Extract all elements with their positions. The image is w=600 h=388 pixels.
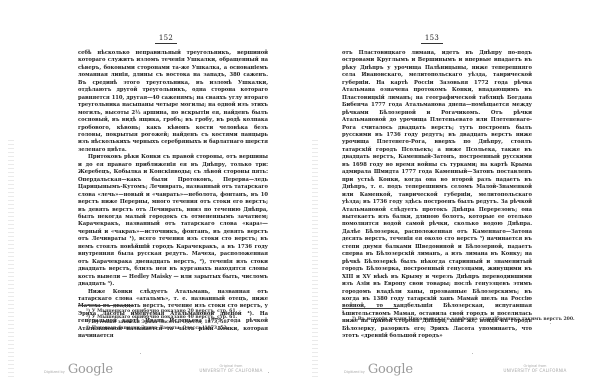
origin-watermark: Original from UNIVERSITY OF CALIFORNIA — [490, 364, 580, 373]
scan-speck — [550, 323, 551, 324]
scan-speck — [140, 353, 141, 354]
google-logo: Google — [68, 362, 113, 377]
paragraph: отъ Пластовицкаго лимана, идетъ въ Днѣпр… — [342, 50, 532, 341]
scan-speck — [268, 372, 269, 373]
right-page: 153 отъ Пластовицкаго лимана, идетъ въ Д… — [300, 0, 600, 388]
footnote-divider — [78, 305, 134, 306]
google-logo: Google — [368, 362, 413, 377]
footnote: ⁵) Въ исторіи жизни Николаевскаго конфор… — [352, 317, 532, 323]
margin-scan-artifact — [8, 140, 14, 380]
body-text: отъ Пластовицкаго лимана, идетъ въ Днѣпр… — [342, 50, 532, 341]
google-watermark: Digitized by Google — [344, 362, 413, 377]
digitized-by-label: Digitized by — [44, 370, 65, 374]
footnote-divider — [342, 308, 398, 309]
footnote: ⁴) Путевыя записки Эриха Ласоты. Одесса,… — [86, 326, 266, 332]
body-text: себѣ нѣсколько неправильный треугольникъ… — [78, 50, 268, 341]
origin-watermark: Original from UNIVERSITY OF CALIFORNIA — [186, 364, 276, 373]
margin-scan-artifact — [312, 140, 318, 380]
page-number: 153 — [417, 34, 447, 44]
footnotes: ¹) У Мышецкаго ошибочно показано 20 верс… — [86, 309, 266, 331]
digitized-by-label: Digitized by — [344, 370, 365, 374]
scan-speck — [472, 353, 473, 354]
origin-institution: UNIVERSITY OF CALIFORNIA — [186, 368, 276, 373]
paragraph: себѣ нѣсколько неправильный треугольникъ… — [78, 50, 268, 154]
footnotes: ⁵) Въ исторіи жизни Николаевскаго конфор… — [352, 317, 532, 323]
origin-institution: UNIVERSITY OF CALIFORNIA — [490, 368, 580, 373]
left-page: 152 себѣ нѣсколько неправильный треуголь… — [0, 0, 300, 388]
page-number: 152 — [151, 34, 181, 44]
google-watermark: Digitized by Google — [44, 362, 113, 377]
paragraph: Притоковъ рѣки Конки съ правой стороны, … — [78, 154, 268, 288]
